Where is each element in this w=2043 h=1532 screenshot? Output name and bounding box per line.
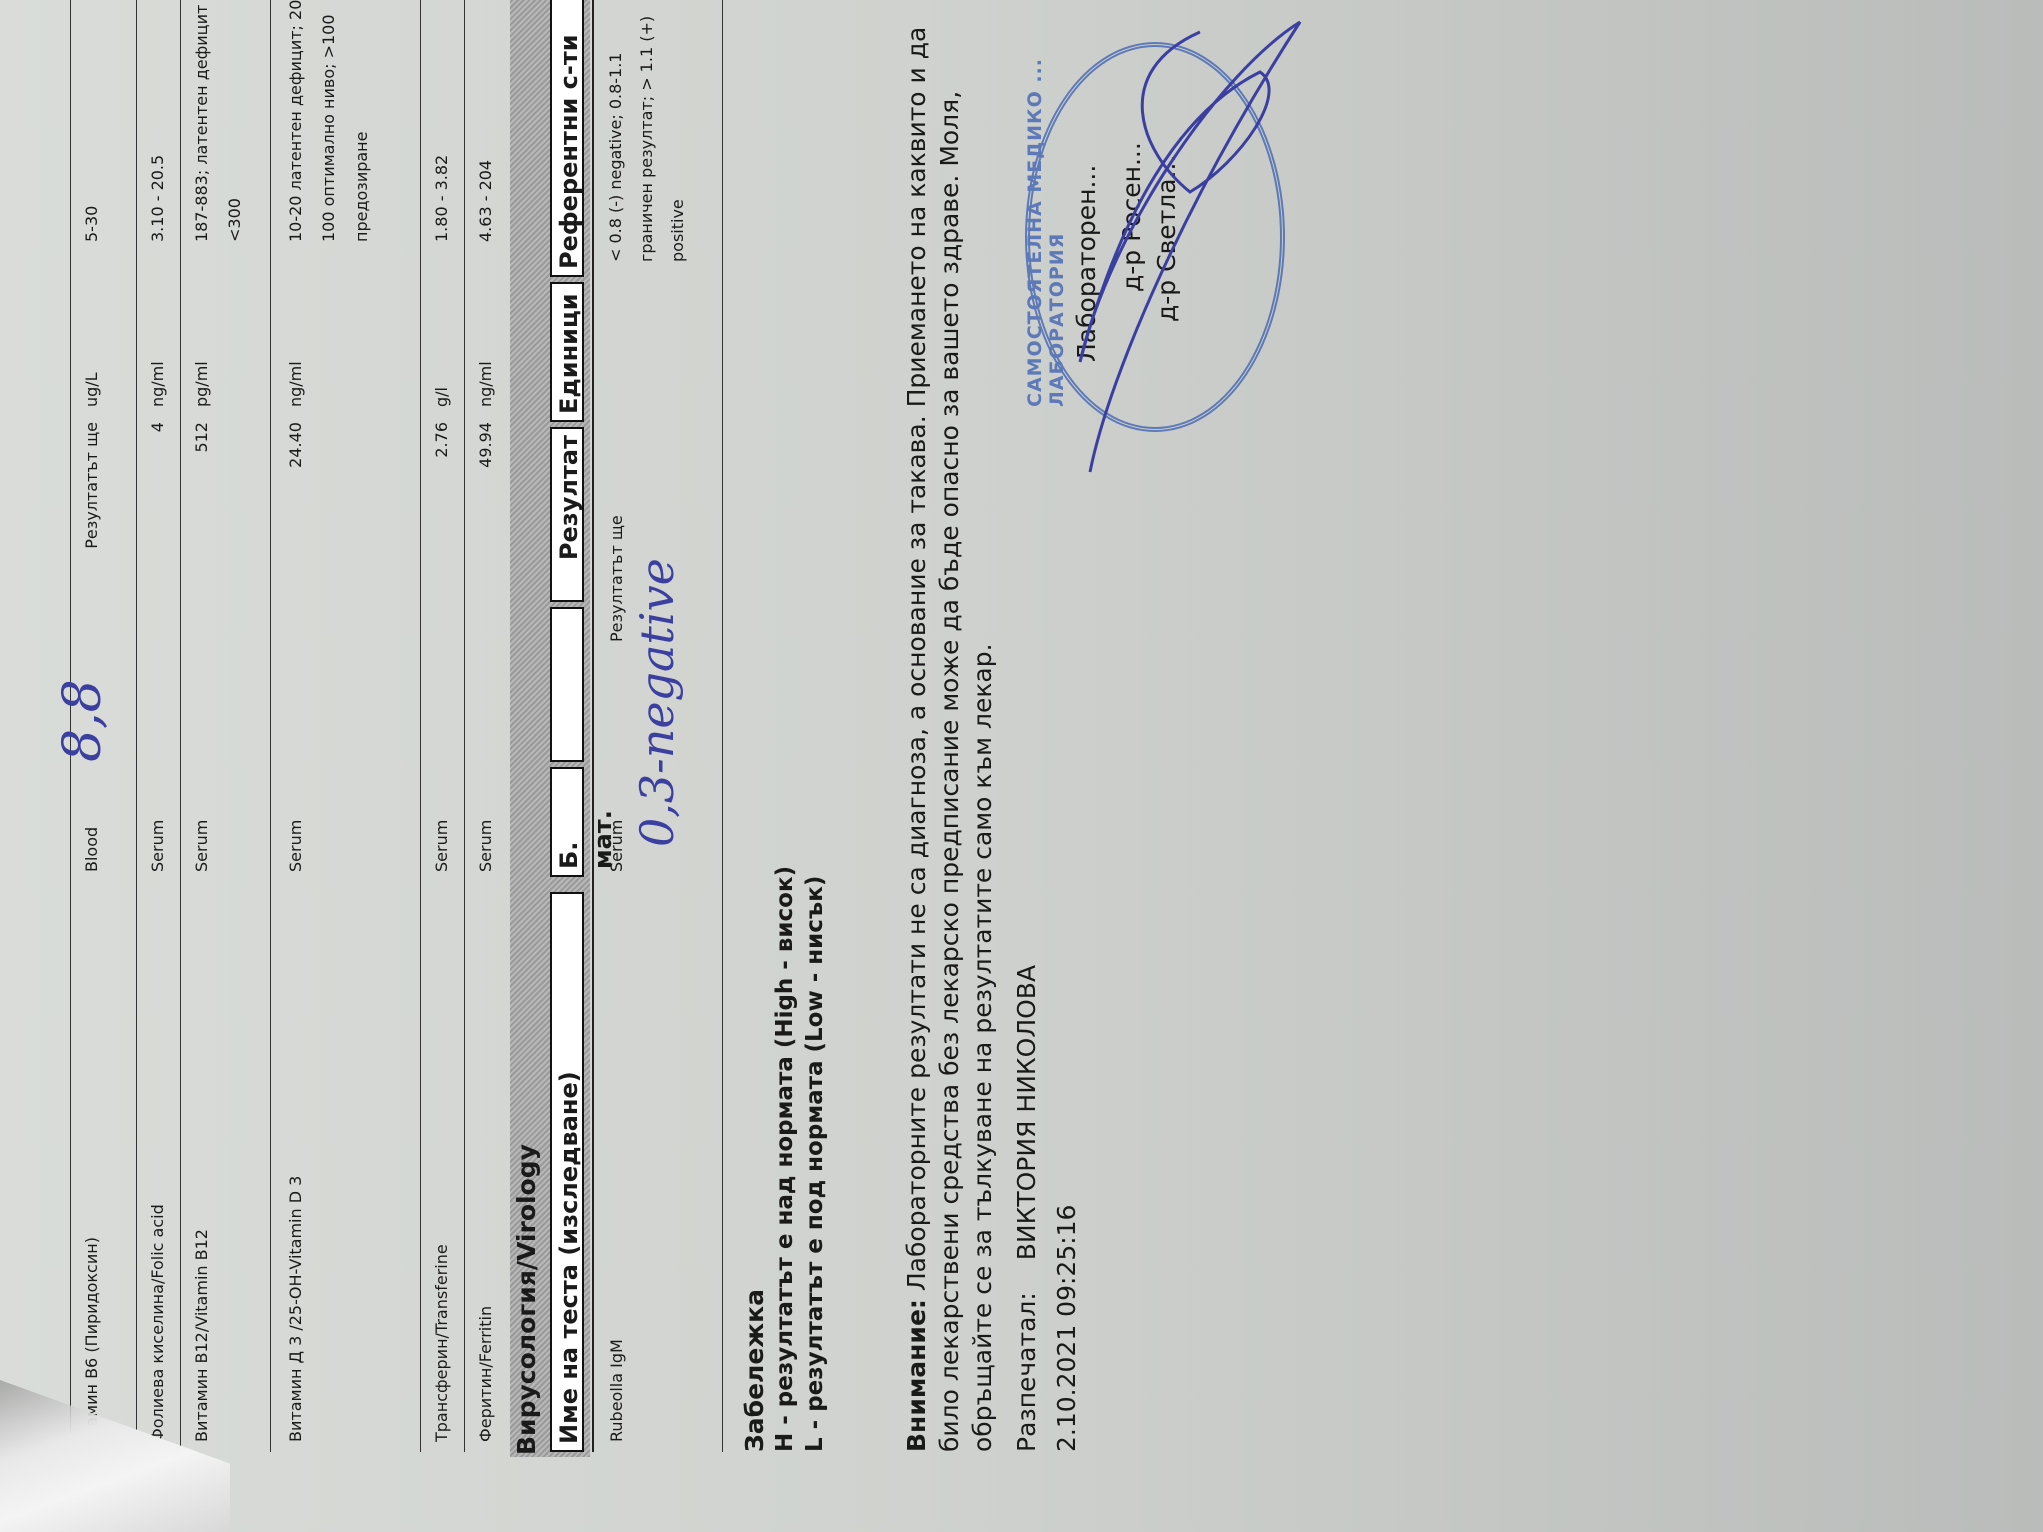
printed-by-name: ВИКТОРИЯ НИКОЛОВА [1012,965,1041,1260]
test-reference: 1.80 - 3.82 [425,0,458,242]
test-name: Фолиева киселина/Folic acid [141,1204,174,1442]
test-material: Serum [185,820,218,872]
test-reference: 3.10 - 20.5 [141,0,174,242]
warning-text: Лабораторните резултати не са диагноза, … [902,27,997,1452]
signature [1050,0,1330,492]
notes-block: Забележка H - резултатът е над нормата (… [740,866,830,1452]
test-material: Serum [279,820,312,872]
test-row: Витамин B12/Vitamin B12 Serum 512 pg/ml … [180,0,271,1452]
test-row: Фолиева киселина/Folic acid Serum 4 ng/m… [136,0,181,1452]
notes-title: Забележка [740,866,770,1452]
test-result: 24.40 [279,422,312,662]
header-material: Б. мат. [550,767,584,877]
test-material: Blood [75,827,108,872]
test-result: 2.76 [425,422,458,662]
warning-block: Внимание: Лабораторните резултати не са … [900,0,999,1452]
test-name: Витамин B12/Vitamin B12 [185,1229,218,1442]
test-name: Rubeolla IgM [600,1339,633,1442]
note-high: H - резултатът е над нормата (High - вис… [770,866,800,1452]
test-unit: pg/ml [185,361,218,407]
test-result: 49.94 [469,422,502,662]
test-reference: 5-30 [75,0,108,242]
test-unit: ng/ml [469,361,502,407]
test-row: Витамин Д 3 /25-OH-Vitamin D 3 Serum 24.… [270,0,421,1452]
test-reference: < 0.8 (-) negative; 0.8-1.1 граничен рез… [600,0,693,262]
test-name: Трансферин/Transferine [425,1244,458,1442]
table-bottom-border [722,0,723,1452]
test-row: Феритин/Ferritin Serum 49.94 ng/ml 4.63 … [464,0,509,1452]
test-result: 512 [185,422,218,662]
test-reference: 187-883; латентен дефицит <300 [185,0,251,242]
virology-section-header: Вирусология/Virology Име на теста (изсле… [510,0,590,1457]
print-timestamp: 2.10.2021 09:25:16 [1050,1205,1083,1452]
test-name: Витамин Д 3 /25-OH-Vitamin D 3 [279,1176,312,1442]
header-reference: Референтни с-ти [550,0,584,277]
handwritten-result: 0,3-negative [630,558,684,847]
handwritten-result: 8,8 [53,679,113,762]
note-low: L - резултатът е под нормата (Low - нисъ… [800,866,830,1452]
printed-by: Разпечатал: ВИКТОРИЯ НИКОЛОВА [1010,965,1043,1452]
test-unit: ng/ml [279,361,312,407]
warning-label: Внимание: [902,1299,931,1452]
test-result: Резултатът ще [600,402,633,642]
test-result: 4 [141,422,174,662]
virology-row: Rubeolla IgM Serum Резултатът ще 0,3-neg… [592,0,724,1452]
test-name: Феритин/Ferritin [469,1306,502,1442]
header-result: Резултат [550,427,584,602]
test-material: Serum [600,820,633,872]
test-result: Резултатът ще [75,422,108,662]
test-material: Serum [141,820,174,872]
test-row: Трансферин/Transferine Serum 2.76 g/l 1.… [420,0,465,1452]
header-test-name: Име на теста (изследване) [550,892,584,1452]
test-unit: g/l [425,387,458,407]
header-unit: Единици [550,282,584,422]
test-unit: ng/ml [141,361,174,407]
header-blank [550,607,584,762]
test-reference: 4.63 - 204 [469,0,502,242]
section-title: Вирусология/Virology [512,1144,541,1455]
test-row: ...амин В6 (Пиридоксин) Blood 8,8 Резулт… [70,0,137,1452]
test-material: Serum [469,820,502,872]
printed-by-label: Разпечатал: [1012,1292,1041,1452]
lab-report-page: ...амин В6 (Пиридоксин) Blood 8,8 Резулт… [0,0,2043,1532]
test-unit: ug/L [75,372,108,407]
test-reference: 10-20 латентен дефицит; 20-100 оптимално… [279,0,378,242]
test-material: Serum [425,820,458,872]
